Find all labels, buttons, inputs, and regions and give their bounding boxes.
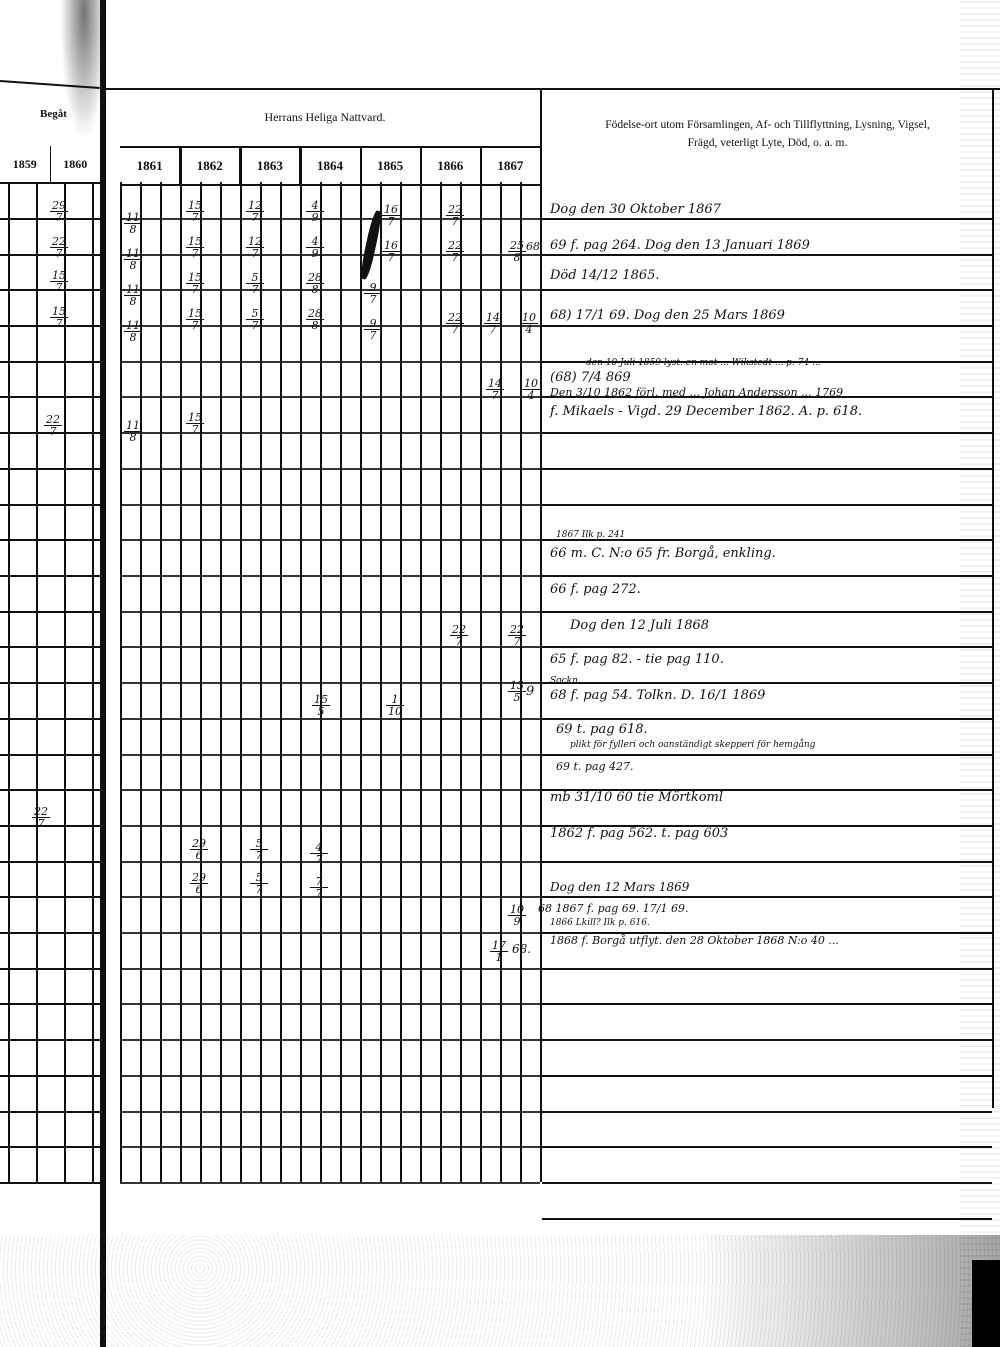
remark-rule	[542, 646, 992, 648]
row-rule	[120, 396, 540, 398]
remark-rule	[542, 1111, 992, 1113]
row-rule	[0, 1111, 100, 1113]
row-rule	[120, 896, 540, 898]
row-rule	[0, 896, 100, 898]
communion-entry: 57	[246, 308, 264, 331]
row-rule	[0, 1182, 100, 1184]
row-rule	[0, 1039, 100, 1041]
row-rule	[120, 825, 540, 827]
row-rule	[0, 504, 100, 506]
communion-entry: 157	[186, 308, 204, 331]
communion-entry: 47	[310, 842, 328, 865]
row-rule	[120, 218, 540, 220]
communion-entry: 167	[382, 240, 400, 263]
remark-rule	[542, 861, 992, 863]
row-rule	[0, 575, 100, 577]
left-entry: 297	[50, 200, 68, 223]
year-divider	[480, 146, 482, 182]
remark-line: 65 f. pag 82. - tie pag 110.	[550, 652, 724, 667]
row-rule	[120, 325, 540, 327]
communion-entry: 227	[508, 624, 526, 647]
communion-entry: 118	[124, 320, 142, 343]
remark-line: mb 31/10 60 tie Mörtkoml	[550, 790, 723, 805]
year-1866: 1866	[421, 148, 481, 184]
row-rule	[120, 968, 540, 970]
communion-entry: 104	[520, 312, 538, 335]
communion-entry: 155	[312, 694, 330, 717]
row-rule	[0, 968, 100, 970]
year-1861: 1861	[120, 148, 180, 184]
remark-rule	[542, 218, 992, 220]
communion-entry: 118	[124, 284, 142, 307]
communion-entry: 97	[364, 282, 382, 305]
year-divider	[420, 146, 422, 182]
remark-line: Dog den 12 Mars 1869	[550, 880, 689, 894]
left-entry: 227	[44, 414, 62, 437]
communion-entry: 57	[246, 272, 264, 295]
row-rule	[0, 861, 100, 863]
remark-rule	[542, 1003, 992, 1005]
left-column-header: Begåt	[40, 108, 67, 120]
remarks-header: Födelse-ort utom Församlingen, Af- och T…	[545, 116, 990, 152]
communion-entry: 296	[190, 872, 208, 895]
row-rule	[0, 1075, 100, 1077]
remark-rule	[542, 325, 992, 327]
row-rule	[120, 646, 540, 648]
remarks-header-line2: Frägd, veterligt Lyte, Död, o. a. m.	[545, 134, 990, 152]
communion-entry: 147	[486, 378, 504, 401]
row-rule	[120, 682, 540, 684]
remark-rule	[542, 504, 992, 506]
remark-small: 1866 Lkill? Ilk p. 616.	[550, 918, 650, 928]
remark-rule	[542, 575, 992, 577]
year-1863: 1863	[240, 148, 300, 184]
scan-noise-right	[960, 0, 1000, 1347]
left-entry: 227	[50, 236, 68, 259]
communion-entry: 227	[446, 240, 464, 263]
remark-line: Död 14/12 1865.	[550, 268, 660, 283]
remark-line: 1862 f. pag 562. t. pag 603	[550, 826, 728, 841]
remark-rule	[542, 432, 992, 434]
remark-line: 68 1867 f. pag 69. 17/1 69.	[538, 902, 688, 915]
year-1862: 1862	[180, 148, 240, 184]
remark-small: plikt för fylleri och oanständigt skeppe…	[570, 740, 815, 750]
row-rule	[120, 575, 540, 577]
row-rule	[0, 682, 100, 684]
communion-entry: 109	[508, 904, 526, 927]
remark-rule	[542, 289, 992, 291]
communion-entry: 288	[306, 272, 324, 295]
communion-entry: 49	[306, 200, 324, 223]
row-rule	[120, 1182, 540, 1184]
remark-rule	[542, 718, 992, 720]
remark-rule	[542, 1075, 992, 1077]
communion-entry: 127	[246, 236, 264, 259]
communion-entry: 118	[124, 248, 142, 271]
communion-entry: 57	[250, 838, 268, 861]
remark-rule	[542, 1146, 992, 1148]
communion-entry: 104	[522, 378, 540, 401]
remark-line: (68) 7/4 869	[550, 370, 631, 385]
communion-entry: 147	[484, 312, 502, 335]
remark-rule	[542, 754, 992, 756]
row-rule	[0, 396, 100, 398]
remark-rule	[542, 1218, 992, 1220]
communion-entry: 49	[306, 236, 324, 259]
row-rule	[0, 361, 100, 363]
row-rule	[0, 468, 100, 470]
remark-line: 68) 17/1 69. Dog den 25 Mars 1869	[550, 308, 785, 323]
remark-rule	[542, 468, 992, 470]
remark-line: 66 m. C. N:o 65 fr. Borgå, enkling.	[550, 546, 776, 561]
communion-entry: 296	[190, 838, 208, 861]
row-rule	[120, 861, 540, 863]
communion-entry: 227	[446, 312, 464, 335]
communion-entry: 227	[450, 624, 468, 647]
remark-line: 69 f. pag 264. Dog den 13 Januari 1869	[550, 238, 810, 253]
left-entry: 157	[50, 306, 68, 329]
left-years-row: 1859 1860	[0, 146, 100, 184]
communion-entry: 77	[310, 876, 328, 899]
row-rule	[120, 718, 540, 720]
remark-line: 66 f. pag 272.	[550, 582, 641, 597]
communion-entry: 258	[508, 240, 526, 263]
remark-rule	[542, 1182, 992, 1184]
row-rule	[0, 825, 100, 827]
row-rule	[0, 611, 100, 613]
communion-entry: 97	[364, 318, 382, 341]
remark-line: Den 3/10 1862 förl. med ... Johan Anders…	[550, 386, 843, 399]
book-spine	[100, 0, 106, 1347]
remark-line: 69 t. pag 618.	[556, 722, 648, 737]
communion-entry: 57	[250, 872, 268, 895]
row-rule	[120, 504, 540, 506]
left-entry: 157	[50, 270, 68, 293]
communion-entry: 110	[386, 694, 404, 717]
communion-entry: 167	[382, 204, 400, 227]
communion-entry: 157	[186, 236, 204, 259]
year-divider	[240, 146, 242, 182]
row-rule	[120, 1111, 540, 1113]
register-page: Begåt Herrans Heliga Nattvard. Födelse-o…	[0, 0, 1000, 1347]
row-rule	[120, 539, 540, 541]
row-rule	[120, 1003, 540, 1005]
row-rule	[120, 468, 540, 470]
remark-line: f. Mikaels - Vigd. 29 December 1862. A. …	[550, 404, 862, 419]
row-rule	[0, 539, 100, 541]
year-note: 9	[526, 684, 534, 699]
communion-entry: 157	[186, 200, 204, 223]
communion-entry: 118	[124, 212, 142, 235]
year-note: 68.	[512, 942, 531, 956]
remark-rule	[542, 682, 992, 684]
year-1864: 1864	[300, 148, 360, 184]
communion-header: Herrans Heliga Nattvard.	[110, 110, 540, 125]
communion-entry: 227	[446, 204, 464, 227]
communion-entry: 135	[508, 680, 526, 703]
remark-line: Dog den 30 Oktober 1867	[550, 202, 721, 217]
communion-entry: 157	[186, 272, 204, 295]
communion-entry: 157	[186, 412, 204, 435]
row-rule	[120, 932, 540, 934]
row-rule	[120, 789, 540, 791]
row-rule	[120, 254, 540, 256]
scan-edge	[972, 1260, 1000, 1347]
row-rule	[0, 754, 100, 756]
row-rule	[120, 611, 540, 613]
row-rule	[0, 1146, 100, 1148]
row-rule	[120, 1039, 540, 1041]
remark-rule	[542, 254, 992, 256]
year-1860: 1860	[51, 146, 101, 182]
remark-line: 1868 f. Borgå utflyt. den 28 Oktober 186…	[550, 934, 839, 947]
remark-rule	[542, 896, 992, 898]
year-divider	[300, 146, 302, 182]
remark-small: Sockn.	[550, 676, 581, 686]
year-1867: 1867	[481, 148, 540, 184]
year-1865: 1865	[361, 148, 421, 184]
communion-entry: 171	[490, 940, 508, 963]
row-rule	[120, 1075, 540, 1077]
year-divider	[360, 146, 362, 182]
row-rule	[120, 361, 540, 363]
remark-small: 1867 Ilk p. 241	[556, 530, 625, 540]
remark-rule	[542, 1039, 992, 1041]
remark-line: 69 t. pag 427.	[556, 760, 634, 773]
row-rule	[0, 932, 100, 934]
communion-years-row: 1861 1862 1863 1864 1865 1866 1867	[120, 146, 540, 186]
remark-rule	[542, 968, 992, 970]
row-rule	[120, 754, 540, 756]
year-divider	[180, 146, 182, 182]
remarks-header-line1: Födelse-ort utom Församlingen, Af- och T…	[545, 116, 990, 134]
communion-entry: 118	[124, 420, 142, 443]
remark-rule	[542, 611, 992, 613]
row-rule	[120, 1146, 540, 1148]
left-entry: 227	[32, 806, 50, 829]
year-1859: 1859	[0, 146, 51, 182]
communion-entry: 127	[246, 200, 264, 223]
row-rule	[0, 646, 100, 648]
top-rule	[106, 88, 1000, 90]
remark-line: 68 f. pag 54. Tolkn. D. 16/1 1869	[550, 688, 765, 703]
remark-line: Dog den 12 Juli 1868	[570, 618, 709, 633]
row-rule	[0, 789, 100, 791]
row-rule	[0, 1003, 100, 1005]
row-rule	[120, 289, 540, 291]
row-rule	[0, 718, 100, 720]
remark-small: den 10 Juli 1859 lyst. en mot ... Wikste…	[586, 358, 821, 368]
communion-entry: 288	[306, 308, 324, 331]
row-rule	[120, 432, 540, 434]
scan-noise-bottom	[0, 1235, 1000, 1347]
year-note: 68	[526, 240, 540, 253]
